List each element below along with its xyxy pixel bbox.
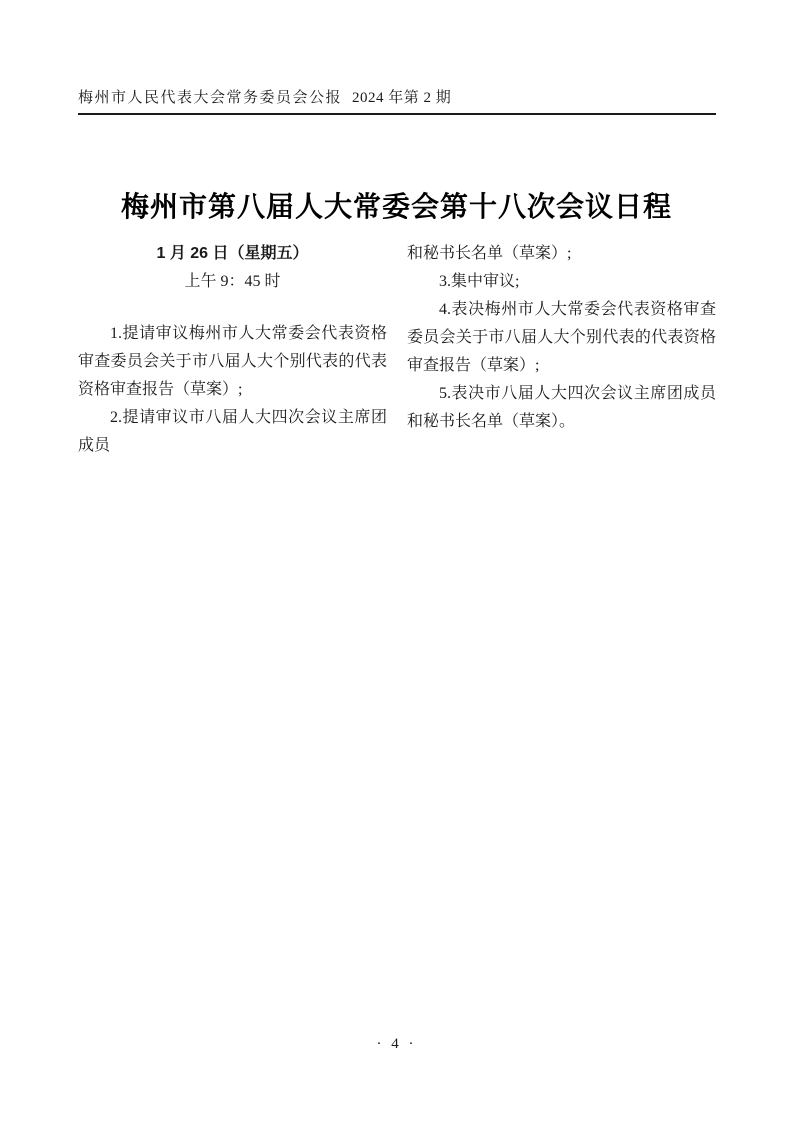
left-column: 1 月 26 日（星期五） 上午 9：45 时 1.提请审议梅州市人大常委会代表… [78, 240, 387, 460]
date-heading: 1 月 26 日（星期五） [78, 240, 387, 268]
header-rule [78, 113, 716, 115]
agenda-item-2: 2.提请审议市八届人大四次会议主席团成员 [78, 404, 387, 460]
agenda-item-5: 5.表决市八届人大四次会议主席团成员和秘书长名单（草案）。 [407, 380, 716, 436]
article-body: 1 月 26 日（星期五） 上午 9：45 时 1.提请审议梅州市人大常委会代表… [78, 240, 716, 460]
time-heading: 上午 9：45 时 [78, 268, 387, 296]
agenda-item-1: 1.提请审议梅州市人大常委会代表资格审查委员会关于市八届人大个别代表的代表资格审… [78, 320, 387, 404]
article-title: 梅州市第八届人大常委会第十八次会议日程 [0, 185, 793, 225]
journal-title: 梅州市人民代表大会常务委员会公报 [78, 90, 342, 106]
agenda-item-4: 4.表决梅州市人大常委会代表资格审查委员会关于市八届人大个别代表的代表资格审查报… [407, 296, 716, 380]
agenda-item-2-continued: 和秘书长名单（草案）; [407, 240, 716, 268]
running-header: 梅州市人民代表大会常务委员会公报2024 年第 2 期 [78, 86, 716, 107]
gazette-page: 梅州市人民代表大会常务委员会公报2024 年第 2 期 梅州市第八届人大常委会第… [0, 0, 793, 1122]
right-column: 和秘书长名单（草案）; 3.集中审议; 4.表决梅州市人大常委会代表资格审查委员… [407, 240, 716, 460]
issue-label: 2024 年第 2 期 [352, 90, 451, 106]
agenda-item-3: 3.集中审议; [407, 268, 716, 296]
page-number: · 4 · [0, 1036, 793, 1053]
